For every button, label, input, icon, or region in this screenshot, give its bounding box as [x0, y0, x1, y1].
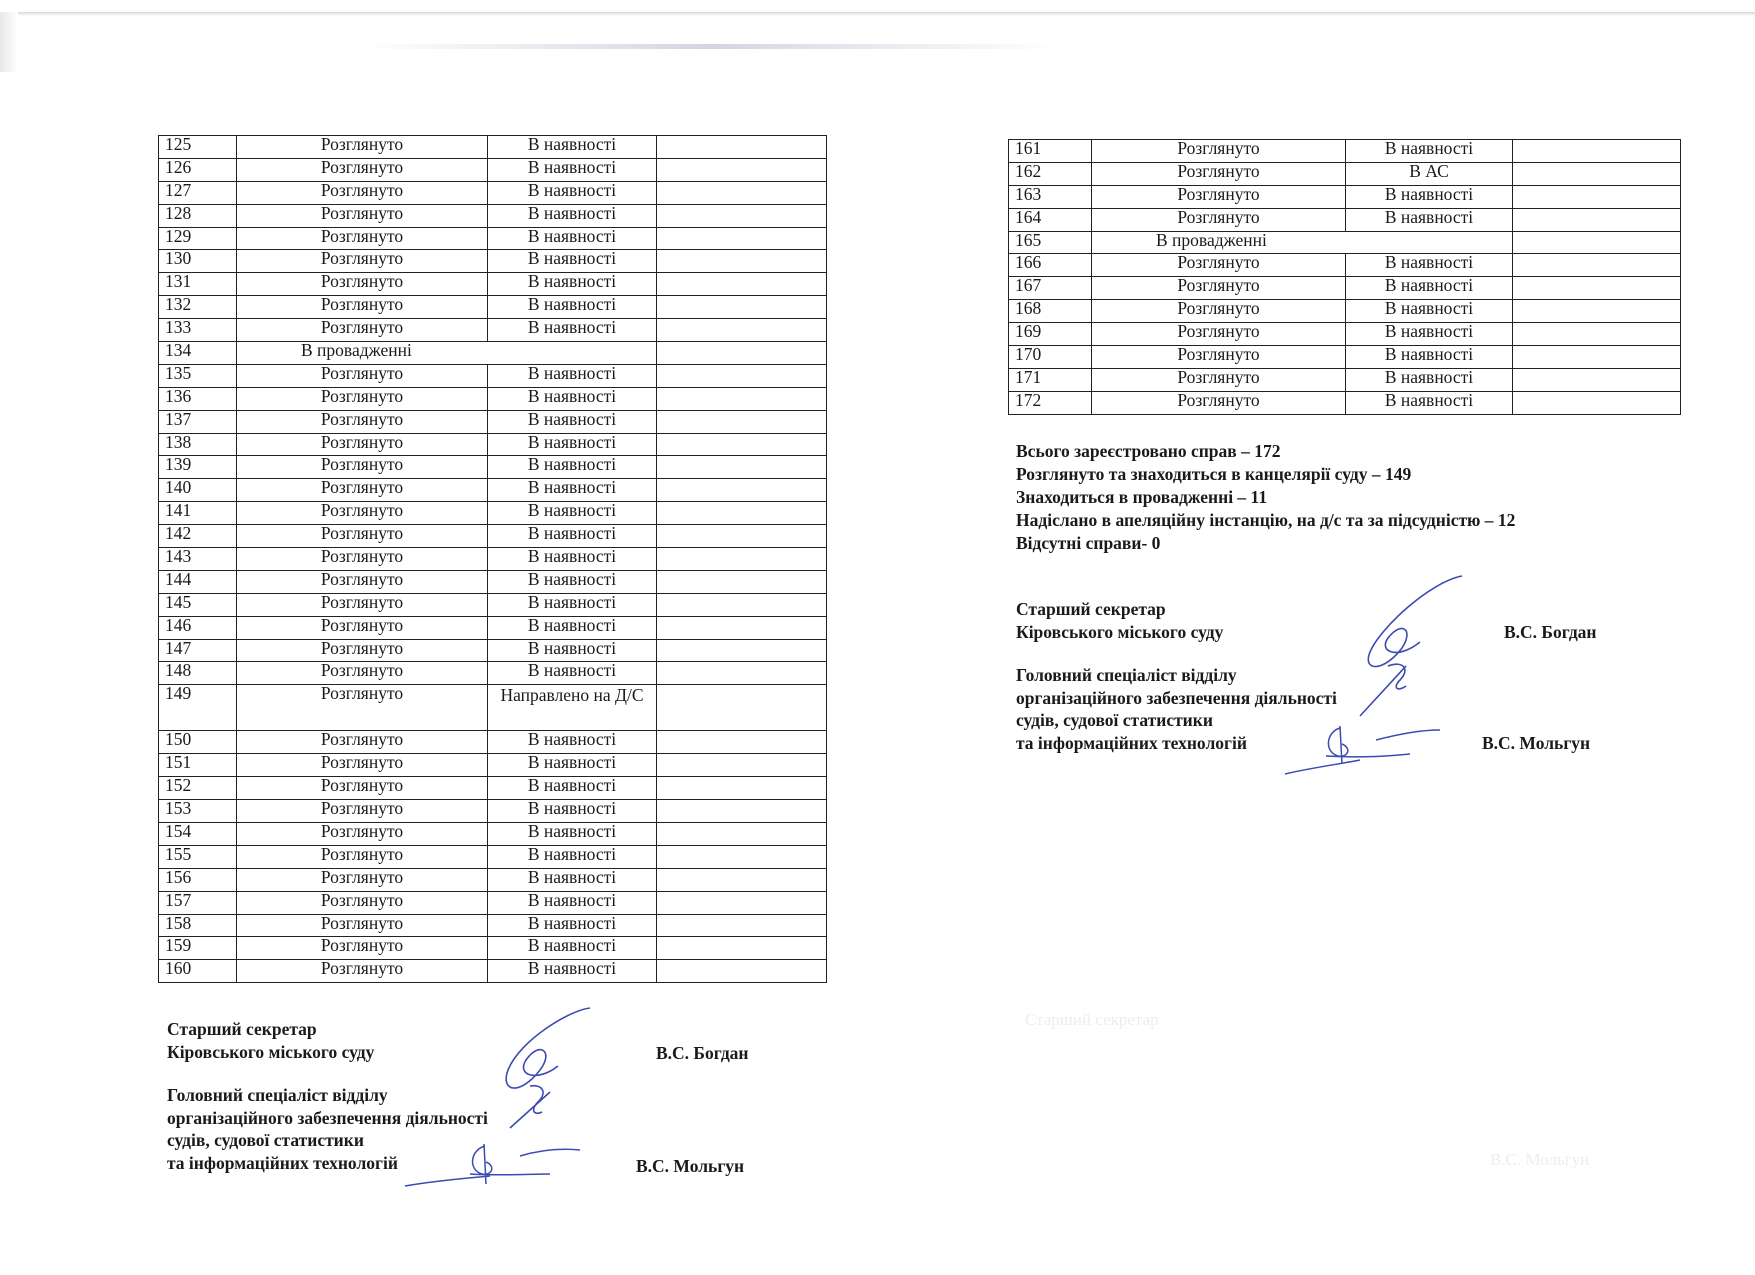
case-note-cell	[657, 273, 827, 296]
case-note-cell	[657, 891, 827, 914]
table-row: 133РозглянутоВ наявності	[159, 319, 827, 342]
case-note-cell	[657, 410, 827, 433]
case-number-cell: 172	[1009, 391, 1092, 414]
case-location-cell: В наявності	[488, 822, 657, 845]
case-number-cell: 132	[159, 296, 237, 319]
case-note-cell	[657, 937, 827, 960]
case-status-cell: Розглянуто	[237, 639, 488, 662]
case-location-cell: В наявності	[488, 273, 657, 296]
table-row: 128РозглянутоВ наявності	[159, 204, 827, 227]
secretary-title-line-1: Старший секретар	[1016, 598, 1337, 621]
secretary-signature-icon	[480, 1000, 610, 1130]
table-row: 127РозглянутоВ наявності	[159, 181, 827, 204]
case-status-cell: Розглянуто	[237, 685, 488, 731]
case-location-cell: В наявності	[488, 479, 657, 502]
case-number-cell: 168	[1009, 300, 1092, 323]
case-number-cell: 156	[159, 868, 237, 891]
case-note-cell	[657, 662, 827, 685]
case-number-cell: 126	[159, 158, 237, 181]
table-row: 138РозглянутоВ наявності	[159, 433, 827, 456]
case-note-cell	[657, 342, 827, 365]
secretary-title-line-2: Кіровського міського суду	[1016, 621, 1337, 644]
case-number-cell: 165	[1009, 231, 1092, 254]
case-note-cell	[657, 433, 827, 456]
case-status-cell: Розглянуто	[237, 937, 488, 960]
table-row: 154РозглянутоВ наявності	[159, 822, 827, 845]
case-number-cell: 125	[159, 136, 237, 159]
case-number-cell: 138	[159, 433, 237, 456]
case-status-cell: Розглянуто	[237, 273, 488, 296]
case-location-cell: В наявності	[488, 136, 657, 159]
summary-in-proceedings: Знаходиться в провадженні – 11	[1016, 486, 1515, 509]
case-note-cell	[657, 822, 827, 845]
case-number-cell: 154	[159, 822, 237, 845]
case-number-cell: 167	[1009, 277, 1092, 300]
case-status-cell: Розглянуто	[1092, 185, 1346, 208]
case-status-cell: Розглянуто	[237, 479, 488, 502]
case-location-cell: В наявності	[488, 891, 657, 914]
case-note-cell	[657, 204, 827, 227]
case-status-cell: Розглянуто	[237, 502, 488, 525]
case-number-cell: 140	[159, 479, 237, 502]
specialist-name: В.С. Мольгун	[636, 1156, 744, 1177]
case-note-cell	[657, 914, 827, 937]
case-status-cell: Розглянуто	[237, 204, 488, 227]
case-note-cell	[657, 777, 827, 800]
secretary-title-line-1: Старший секретар	[167, 1018, 488, 1041]
table-row: 163РозглянутоВ наявності	[1009, 185, 1681, 208]
case-location-cell: В наявності	[1346, 323, 1513, 346]
case-location-cell: В наявності	[488, 548, 657, 571]
case-number-cell: 135	[159, 364, 237, 387]
case-number-cell: 166	[1009, 254, 1092, 277]
case-note-cell	[1513, 346, 1681, 369]
case-note-cell	[1513, 231, 1681, 254]
table-row: 153РозглянутоВ наявності	[159, 800, 827, 823]
case-note-cell	[1513, 208, 1681, 231]
case-status-cell: Розглянуто	[237, 319, 488, 342]
case-status-cell: Розглянуто	[1092, 300, 1346, 323]
case-status-cell: Розглянуто	[1092, 323, 1346, 346]
case-location-cell: В наявності	[488, 296, 657, 319]
case-number-cell: 164	[1009, 208, 1092, 231]
case-note-cell	[657, 845, 827, 868]
case-status-cell: Розглянуто	[237, 296, 488, 319]
case-status-cell: Розглянуто	[237, 777, 488, 800]
case-status-cell: Розглянуто	[237, 731, 488, 754]
table-row: 161РозглянутоВ наявності	[1009, 140, 1681, 163]
case-number-cell: 159	[159, 937, 237, 960]
table-row: 148РозглянутоВ наявності	[159, 662, 827, 685]
case-location-cell: В наявності	[488, 364, 657, 387]
case-register-rows-left: 125РозглянутоВ наявності126РозглянутоВ н…	[159, 136, 827, 983]
case-number-cell: 139	[159, 456, 237, 479]
case-status-cell: Розглянуто	[237, 387, 488, 410]
case-number-cell: 157	[159, 891, 237, 914]
case-location-cell: В наявності	[488, 410, 657, 433]
table-row: 146РозглянутоВ наявності	[159, 616, 827, 639]
case-number-cell: 148	[159, 662, 237, 685]
case-location-cell: В наявності	[488, 639, 657, 662]
case-location-cell: В наявності	[488, 800, 657, 823]
scan-smudge	[360, 44, 1060, 49]
case-note-cell	[657, 456, 827, 479]
case-location-cell: В наявності	[488, 616, 657, 639]
table-row: 151РозглянутоВ наявності	[159, 754, 827, 777]
table-row: 129РозглянутоВ наявності	[159, 227, 827, 250]
case-note-cell	[657, 296, 827, 319]
table-row: 168РозглянутоВ наявності	[1009, 300, 1681, 323]
case-status-cell: Розглянуто	[1092, 346, 1346, 369]
case-status-cell: Розглянуто	[237, 548, 488, 571]
case-location-cell: В наявності	[488, 456, 657, 479]
scan-edge-left	[0, 12, 18, 72]
case-number-cell: 155	[159, 845, 237, 868]
case-note-cell	[1513, 368, 1681, 391]
case-note-cell	[1513, 300, 1681, 323]
table-row: 139РозглянутоВ наявності	[159, 456, 827, 479]
case-status-cell: Розглянуто	[237, 868, 488, 891]
case-location-cell: В наявності	[1346, 277, 1513, 300]
case-status-cell: Розглянуто	[237, 250, 488, 273]
case-note-cell	[657, 525, 827, 548]
case-status-cell: Розглянуто	[237, 822, 488, 845]
secretary-title-line-2: Кіровського міського суду	[167, 1041, 488, 1064]
case-number-cell: 142	[159, 525, 237, 548]
table-row: 165В провадженні	[1009, 231, 1681, 254]
case-number-cell: 147	[159, 639, 237, 662]
case-status-cell: Розглянуто	[237, 410, 488, 433]
specialist-name: В.С. Мольгун	[1482, 733, 1590, 754]
case-note-cell	[657, 227, 827, 250]
table-row: 141РозглянутоВ наявності	[159, 502, 827, 525]
table-row: 162РозглянутоВ АС	[1009, 162, 1681, 185]
case-location-cell: В наявності	[1346, 185, 1513, 208]
case-note-cell	[1513, 391, 1681, 414]
case-number-cell: 127	[159, 181, 237, 204]
case-location-cell: В наявності	[488, 662, 657, 685]
scan-edge-top	[15, 12, 1755, 16]
case-location-cell: В наявності	[1346, 346, 1513, 369]
case-location-cell: В наявності	[488, 731, 657, 754]
case-status-cell: Розглянуто	[237, 364, 488, 387]
summary-total-registered: Всього зареєстровано справ – 172	[1016, 440, 1515, 463]
table-row: 149РозглянутоНаправлено на Д/С	[159, 685, 827, 731]
case-location-cell: В наявності	[488, 960, 657, 983]
table-row: 126РозглянутоВ наявності	[159, 158, 827, 181]
case-status-cell: Розглянуто	[237, 136, 488, 159]
case-note-cell	[1513, 323, 1681, 346]
case-status-cell: Розглянуто	[237, 593, 488, 616]
case-note-cell	[657, 593, 827, 616]
table-row: 166РозглянутоВ наявності	[1009, 254, 1681, 277]
case-note-cell	[657, 548, 827, 571]
table-row: 160РозглянутоВ наявності	[159, 960, 827, 983]
table-row: 157РозглянутоВ наявності	[159, 891, 827, 914]
case-number-cell: 129	[159, 227, 237, 250]
summary-sent-appeal: Надіслано в апеляційну інстанцію, на д/с…	[1016, 509, 1515, 532]
case-number-cell: 163	[1009, 185, 1092, 208]
case-status-cell: Розглянуто	[237, 960, 488, 983]
summary-reviewed-in-office: Розглянуто та знаходиться в канцелярії с…	[1016, 463, 1515, 486]
case-status-cell: Розглянуто	[1092, 368, 1346, 391]
table-row: 134В провадженні	[159, 342, 827, 365]
case-note-cell	[657, 158, 827, 181]
case-number-cell: 143	[159, 548, 237, 571]
case-location-cell: В наявності	[1346, 254, 1513, 277]
case-number-cell: 133	[159, 319, 237, 342]
specialist-title-line-1: Головний спеціаліст відділу	[1016, 664, 1337, 687]
table-row: 167РозглянутоВ наявності	[1009, 277, 1681, 300]
case-status-cell: Розглянуто	[237, 570, 488, 593]
case-note-cell	[657, 364, 827, 387]
specialist-signature-icon	[400, 1140, 590, 1190]
secretary-signature-icon	[1310, 568, 1470, 718]
case-number-cell: 130	[159, 250, 237, 273]
case-number-cell: 161	[1009, 140, 1092, 163]
table-row: 171РозглянутоВ наявності	[1009, 368, 1681, 391]
case-note-cell	[657, 181, 827, 204]
case-number-cell: 128	[159, 204, 237, 227]
case-status-cell: Розглянуто	[237, 616, 488, 639]
case-status-cell: Розглянуто	[237, 158, 488, 181]
table-row: 169РозглянутоВ наявності	[1009, 323, 1681, 346]
case-number-cell: 146	[159, 616, 237, 639]
case-location-cell: В наявності	[1346, 391, 1513, 414]
table-row: 145РозглянутоВ наявності	[159, 593, 827, 616]
table-row: 150РозглянутоВ наявності	[159, 731, 827, 754]
case-summary: Всього зареєстровано справ – 172 Розглян…	[1016, 440, 1515, 555]
case-location-cell: В наявності	[488, 319, 657, 342]
case-status-cell: Розглянуто	[237, 845, 488, 868]
table-row: 170РозглянутоВ наявності	[1009, 346, 1681, 369]
case-status-cell: Розглянуто	[1092, 208, 1346, 231]
case-status-cell: Розглянуто	[237, 181, 488, 204]
case-number-cell: 169	[1009, 323, 1092, 346]
table-row: 156РозглянутоВ наявності	[159, 868, 827, 891]
case-number-cell: 150	[159, 731, 237, 754]
case-register-table-right: 161РозглянутоВ наявності162РозглянутоВ А…	[1008, 139, 1681, 415]
case-note-cell	[1513, 185, 1681, 208]
case-note-cell	[657, 479, 827, 502]
case-location-cell: В наявності	[488, 914, 657, 937]
case-note-cell	[657, 639, 827, 662]
secretary-name: В.С. Богдан	[656, 1043, 749, 1064]
case-status-cell: В провадженні	[1092, 231, 1513, 254]
case-location-cell: В наявності	[1346, 300, 1513, 323]
case-location-cell: В наявності	[1346, 208, 1513, 231]
case-note-cell	[657, 136, 827, 159]
case-status-cell: Розглянуто	[1092, 277, 1346, 300]
table-row: 125РозглянутоВ наявності	[159, 136, 827, 159]
case-location-cell: В наявності	[488, 845, 657, 868]
case-register-table-left: 125РозглянутоВ наявності126РозглянутоВ н…	[158, 135, 827, 983]
case-location-cell: В наявності	[488, 868, 657, 891]
case-status-cell: Розглянуто	[237, 914, 488, 937]
case-note-cell	[657, 616, 827, 639]
case-number-cell: 160	[159, 960, 237, 983]
case-location-cell: Направлено на Д/С	[488, 685, 657, 731]
case-note-cell	[657, 502, 827, 525]
bleed-through-text: Старший секретар	[1025, 1010, 1159, 1030]
case-note-cell	[1513, 140, 1681, 163]
table-row: 135РозглянутоВ наявності	[159, 364, 827, 387]
table-row: 155РозглянутоВ наявності	[159, 845, 827, 868]
summary-missing-cases: Відсутні справи- 0	[1016, 532, 1515, 555]
table-row: 172РозглянутоВ наявності	[1009, 391, 1681, 414]
specialist-title-line-2: організаційного забезпечення діяльності	[1016, 687, 1337, 710]
case-status-cell: Розглянуто	[237, 891, 488, 914]
table-row: 144РозглянутоВ наявності	[159, 570, 827, 593]
case-location-cell: В наявності	[488, 387, 657, 410]
case-location-cell: В наявності	[1346, 140, 1513, 163]
case-location-cell: В наявності	[488, 593, 657, 616]
table-row: 164РозглянутоВ наявності	[1009, 208, 1681, 231]
table-row: 152РозглянутоВ наявності	[159, 777, 827, 800]
case-number-cell: 171	[1009, 368, 1092, 391]
case-note-cell	[657, 685, 827, 731]
case-number-cell: 162	[1009, 162, 1092, 185]
case-status-cell: Розглянуто	[1092, 391, 1346, 414]
case-number-cell: 151	[159, 754, 237, 777]
table-row: 143РозглянутоВ наявності	[159, 548, 827, 571]
case-note-cell	[657, 754, 827, 777]
case-note-cell	[1513, 254, 1681, 277]
case-number-cell: 144	[159, 570, 237, 593]
case-note-cell	[657, 570, 827, 593]
case-number-cell: 158	[159, 914, 237, 937]
table-row: 136РозглянутоВ наявності	[159, 387, 827, 410]
case-number-cell: 141	[159, 502, 237, 525]
case-status-cell: Розглянуто	[237, 456, 488, 479]
table-row: 159РозглянутоВ наявності	[159, 937, 827, 960]
case-status-cell: Розглянуто	[237, 800, 488, 823]
case-note-cell	[657, 387, 827, 410]
table-row: 147РозглянутоВ наявності	[159, 639, 827, 662]
case-location-cell: В наявності	[488, 777, 657, 800]
table-row: 140РозглянутоВ наявності	[159, 479, 827, 502]
table-row: 142РозглянутоВ наявності	[159, 525, 827, 548]
case-note-cell	[657, 731, 827, 754]
case-status-cell: В провадженні	[237, 342, 657, 365]
case-number-cell: 152	[159, 777, 237, 800]
bleed-through-text: В.С. Мольгун	[1490, 1150, 1589, 1170]
case-location-cell: В наявності	[488, 158, 657, 181]
case-status-cell: Розглянуто	[1092, 254, 1346, 277]
case-number-cell: 153	[159, 800, 237, 823]
case-location-cell: В наявності	[488, 525, 657, 548]
case-location-cell: В наявності	[488, 502, 657, 525]
case-note-cell	[657, 960, 827, 983]
case-location-cell: В наявності	[488, 250, 657, 273]
case-number-cell: 136	[159, 387, 237, 410]
case-note-cell	[1513, 162, 1681, 185]
case-number-cell: 131	[159, 273, 237, 296]
table-row: 130РозглянутоВ наявності	[159, 250, 827, 273]
case-status-cell: Розглянуто	[237, 227, 488, 250]
case-status-cell: Розглянуто	[1092, 162, 1346, 185]
case-number-cell: 149	[159, 685, 237, 731]
case-location-cell: В наявності	[488, 937, 657, 960]
case-status-cell: Розглянуто	[237, 754, 488, 777]
case-register-rows-right: 161РозглянутоВ наявності162РозглянутоВ А…	[1009, 140, 1681, 415]
case-location-cell: В наявності	[488, 181, 657, 204]
case-note-cell	[657, 868, 827, 891]
specialist-signature-icon	[1280, 720, 1470, 778]
case-note-cell	[1513, 277, 1681, 300]
specialist-title-line-1: Головний спеціаліст відділу	[167, 1084, 488, 1107]
case-location-cell: В АС	[1346, 162, 1513, 185]
case-note-cell	[657, 800, 827, 823]
case-location-cell: В наявності	[488, 754, 657, 777]
case-location-cell: В наявності	[488, 433, 657, 456]
case-note-cell	[657, 250, 827, 273]
case-location-cell: В наявності	[488, 227, 657, 250]
table-row: 132РозглянутоВ наявності	[159, 296, 827, 319]
case-status-cell: Розглянуто	[237, 662, 488, 685]
secretary-name: В.С. Богдан	[1504, 622, 1597, 643]
case-location-cell: В наявності	[488, 570, 657, 593]
case-number-cell: 137	[159, 410, 237, 433]
case-number-cell: 134	[159, 342, 237, 365]
table-row: 158РозглянутоВ наявності	[159, 914, 827, 937]
specialist-title-line-2: організаційного забезпечення діяльності	[167, 1107, 488, 1130]
case-status-cell: Розглянуто	[237, 525, 488, 548]
case-status-cell: Розглянуто	[1092, 140, 1346, 163]
case-note-cell	[657, 319, 827, 342]
case-location-cell: В наявності	[1346, 368, 1513, 391]
table-row: 137РозглянутоВ наявності	[159, 410, 827, 433]
case-number-cell: 170	[1009, 346, 1092, 369]
case-number-cell: 145	[159, 593, 237, 616]
table-row: 131РозглянутоВ наявності	[159, 273, 827, 296]
case-location-cell: В наявності	[488, 204, 657, 227]
case-status-cell: Розглянуто	[237, 433, 488, 456]
